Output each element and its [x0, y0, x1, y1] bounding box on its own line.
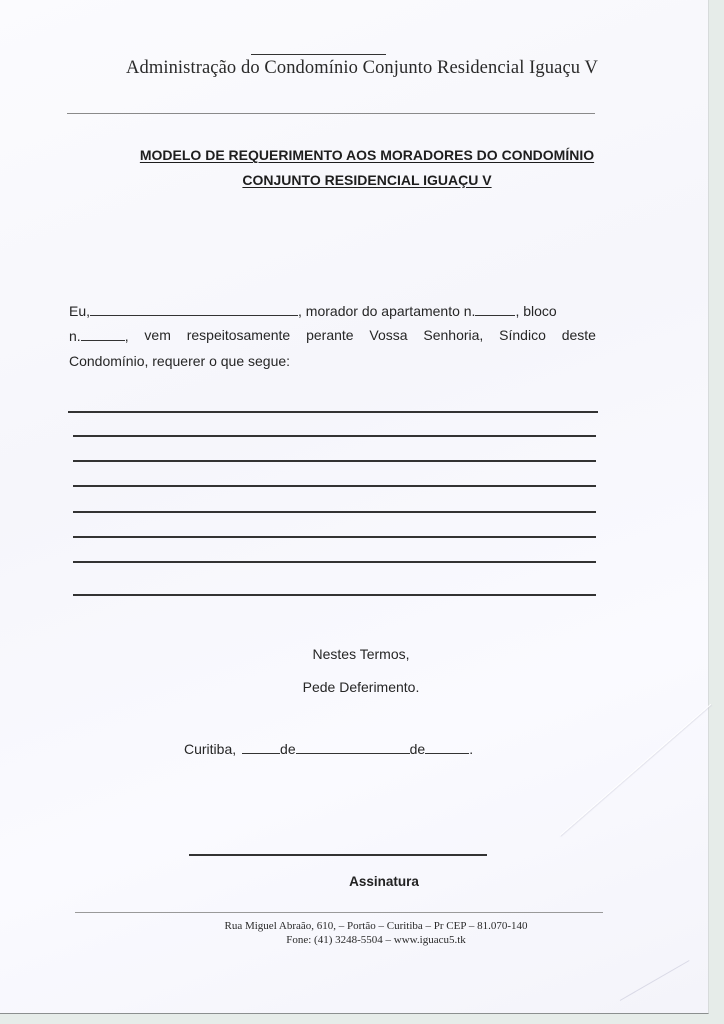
word: respeitosamente — [187, 327, 291, 344]
closing-nestes-termos: Nestes Termos, — [7, 646, 715, 662]
word: Senhoria, — [423, 327, 483, 344]
apartment-number-field[interactable] — [475, 302, 515, 316]
label-n: n. — [69, 328, 81, 344]
label-morador: , morador do apartamento n. — [298, 303, 475, 319]
de-label-2: de — [410, 741, 426, 757]
document-title-line-2: CONJUNTO RESIDENCIAL IGUAÇU V — [13, 172, 721, 188]
footer-divider — [75, 912, 603, 913]
footer-address: Rua Miguel Abraão, 610, – Portão – Curit… — [22, 920, 724, 932]
city-label: Curitiba, — [184, 741, 236, 757]
paper-fold-crease — [560, 704, 712, 836]
document-page: Administração do Condomínio Conjunto Res… — [0, 0, 709, 1014]
month-field[interactable] — [296, 740, 410, 754]
request-writing-line[interactable] — [73, 435, 596, 437]
paper-corner-crease — [620, 960, 690, 1001]
request-writing-line[interactable] — [73, 460, 596, 462]
request-paragraph-line-2: n., vem respeitosamente perante Vossa Se… — [69, 327, 596, 344]
closing-pede-deferimento: Pede Deferimento. — [7, 679, 715, 695]
block-number-field[interactable] — [81, 327, 125, 341]
header-top-line — [251, 54, 386, 55]
word: Vossa — [369, 327, 407, 344]
signature-line[interactable] — [189, 854, 487, 856]
request-writing-line[interactable] — [73, 485, 596, 487]
comma: , — [125, 328, 129, 344]
document-title-line-1: MODELO DE REQUERIMENTO AOS MORADORES DO … — [13, 147, 721, 163]
date-end: . — [469, 741, 473, 757]
request-writing-line[interactable] — [73, 536, 596, 538]
header-title: Administração do Condomínio Conjunto Res… — [8, 58, 716, 79]
request-writing-line[interactable] — [73, 561, 596, 563]
request-writing-line[interactable] — [68, 411, 598, 413]
header-divider — [67, 113, 595, 114]
request-writing-line[interactable] — [73, 594, 596, 596]
request-writing-line[interactable] — [73, 511, 596, 513]
name-field[interactable] — [90, 302, 298, 316]
day-field[interactable] — [242, 740, 280, 754]
word: Síndico — [499, 327, 546, 344]
year-field[interactable] — [425, 740, 469, 754]
label-bloco: , bloco — [515, 303, 556, 319]
word: vem — [144, 327, 170, 344]
signature-label: Assinatura — [30, 874, 724, 889]
word: deste — [562, 327, 596, 344]
request-paragraph-line-1: Eu,, morador do apartamento n., bloco — [69, 302, 596, 319]
label-eu: Eu, — [69, 303, 90, 319]
request-paragraph-line-3: Condomínio, requerer o que segue: — [69, 353, 596, 369]
date-line: Curitiba, dede. — [184, 740, 473, 757]
word: perante — [306, 327, 353, 344]
de-label-1: de — [280, 741, 296, 757]
footer-contact: Fone: (41) 3248-5504 – www.iguacu5.tk — [22, 934, 724, 946]
